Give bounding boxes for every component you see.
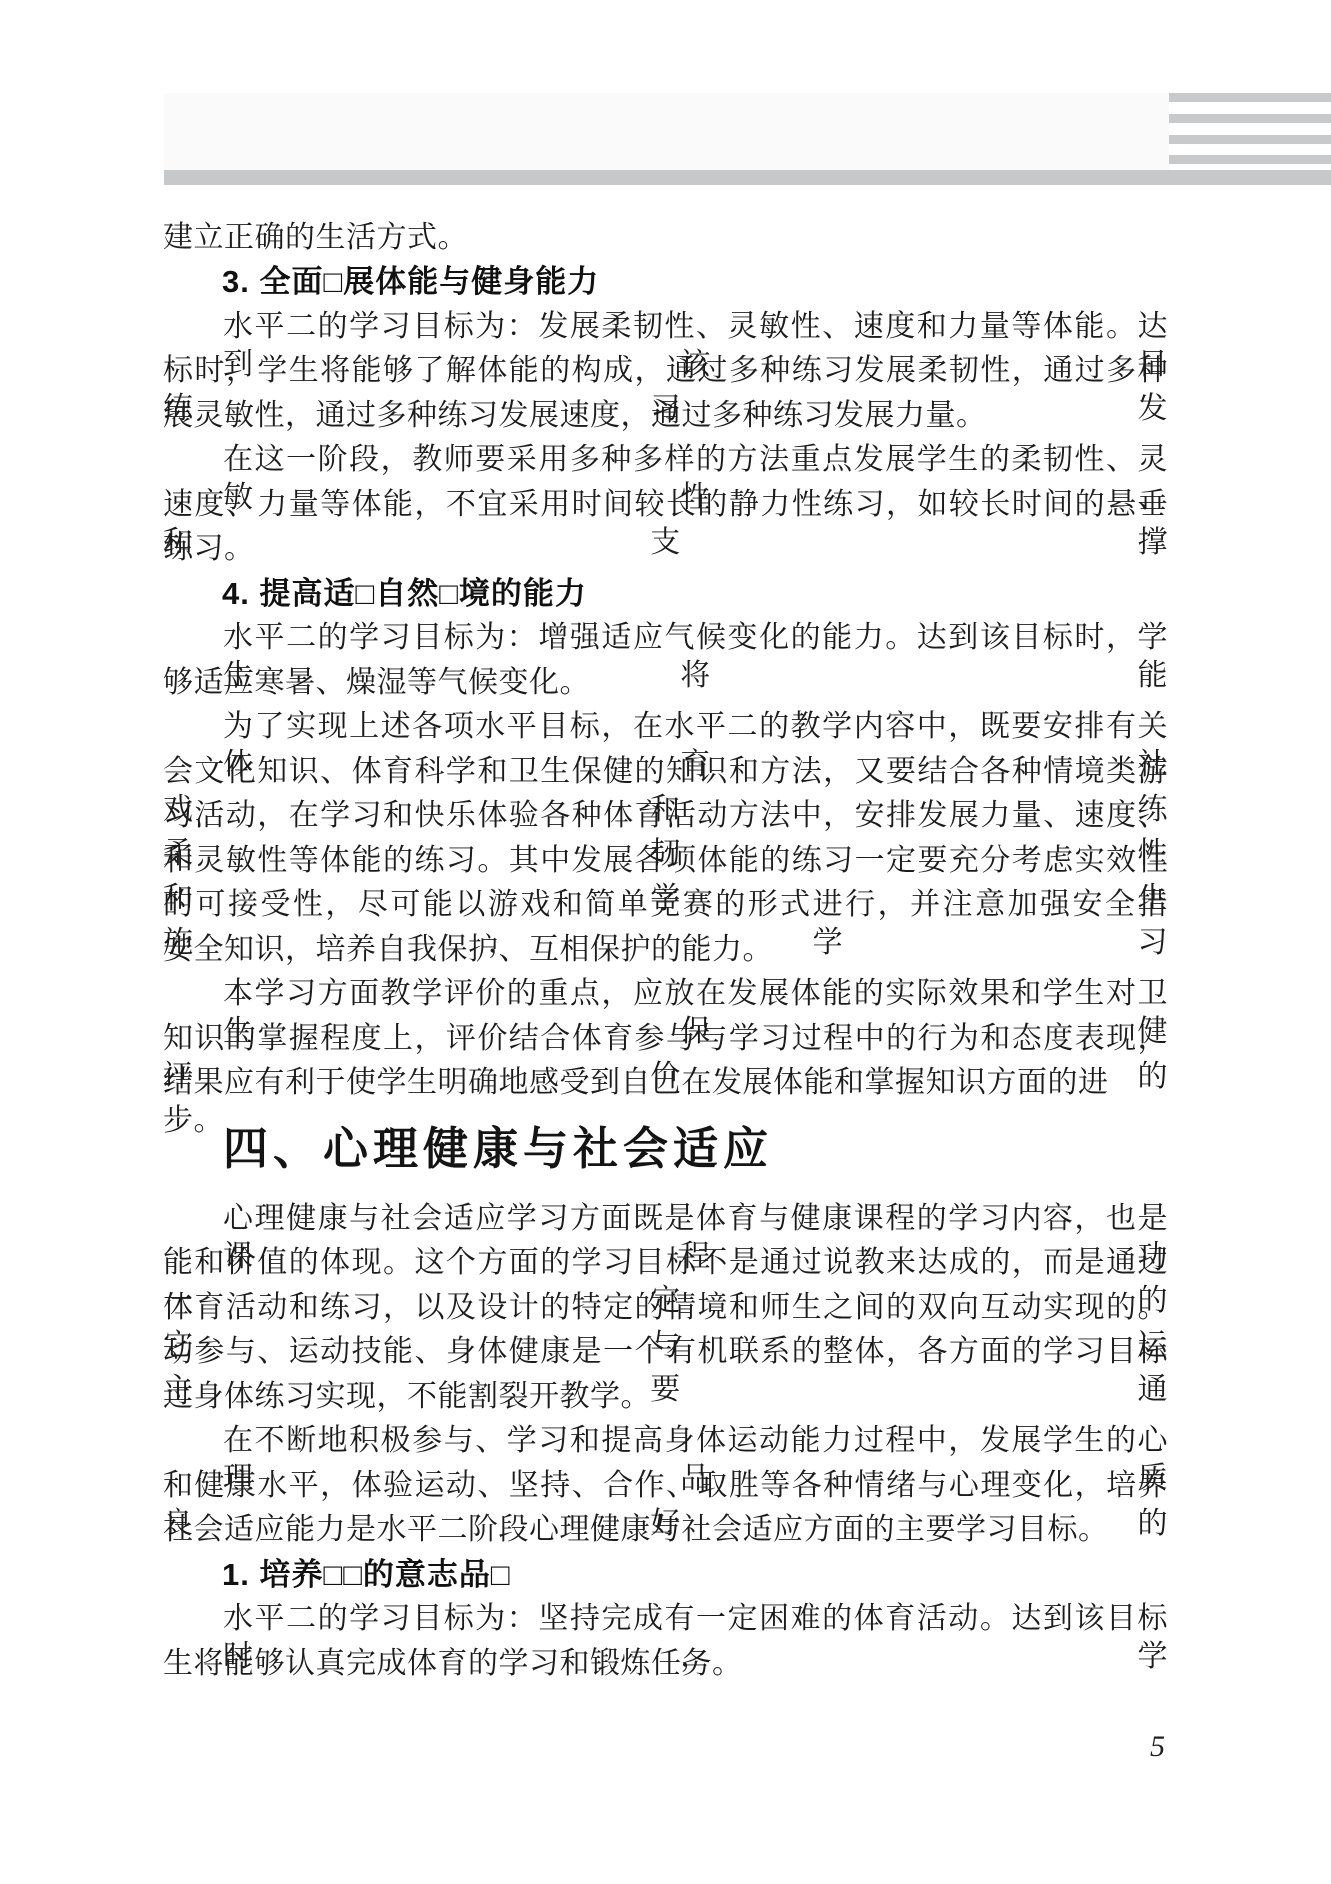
header-stripe: [1169, 155, 1331, 164]
text-line: 水平二的学习目标为：增强适应气候变化的能力。达到该目标时，学生将能: [163, 619, 1168, 661]
text-line: 安全知识，培养自我保护、互相保护的能力。: [163, 931, 1168, 973]
text-line: 在这一阶段，教师要采用多种多样的方法重点发展学生的柔韧性、灵敏性、: [163, 441, 1168, 483]
text-line: 会文化知识、体育科学和卫生保健的知识和方法，又要结合各种情境类游戏和练: [163, 753, 1168, 795]
header-stripe: [1169, 114, 1331, 123]
text-line: 能和价值的体现。这个方面的学习目标不是通过说教来达成的，而是通过一定的: [163, 1244, 1168, 1286]
text-line: 建立正确的生活方式。: [163, 219, 1168, 261]
text-line: 速度、力量等体能，不宜采用时间较长的静力性练习，如较长时间的悬垂和支撑: [163, 486, 1168, 528]
text-line: 社会适应能力是水平二阶段心理健康与社会适应方面的主要学习目标。: [163, 1511, 1168, 1553]
text-line: 和灵敏性等体能的练习。其中发展各项体能的练习一定要充分考虑实效性和学生: [163, 842, 1168, 884]
text-line: 在不断地积极参与、学习和提高身体运动能力过程中，发展学生的心理品质: [163, 1422, 1168, 1464]
text-line: 体育活动和练习，以及设计的特定的情境和师生之间的双向互动实现的。它与运: [163, 1289, 1168, 1331]
text-line: 动参与、运动技能、身体健康是一个有机联系的整体，各方面的学习目标主要通: [163, 1333, 1168, 1375]
text-line: 知识的掌握程度上，评价结合体育参与与学习过程中的行为和态度表现，评价的: [163, 1020, 1168, 1062]
text-line: 水平二的学习目标为：发展柔韧性、灵敏性、速度和力量等体能。达到该目: [163, 308, 1168, 350]
text-line: 和健康水平，体验运动、坚持、合作、取胜等各种情绪与心理变化，培养良好的: [163, 1467, 1168, 1509]
text-line: 为了实现上述各项水平目标，在水平二的教学内容中，既要安排有关体育社: [163, 708, 1168, 750]
header-band: [164, 93, 1169, 170]
section-heading: 1. 培养□□的意志品□: [163, 1556, 1168, 1598]
text-line: 心理健康与社会适应学习方面既是体育与健康课程的学习内容，也是课程功: [163, 1200, 1168, 1242]
document-page: 建立正确的生活方式。 3. 全面□展体能与健身能力 水平二的学习目标为：发展柔韧…: [0, 0, 1331, 1884]
section-heading: 4. 提高适□自然□境的能力: [163, 575, 1168, 617]
text-line: 习活动，在学习和快乐体验各种体育活动方法中，安排发展力量、速度、柔韧性: [163, 797, 1168, 839]
text-line: 水平二的学习目标为：坚持完成有一定困难的体育活动。达到该目标时，学: [163, 1600, 1168, 1642]
text-line: 练习。: [163, 530, 1168, 572]
text-line: 标时，学生将能够了解体能的构成，通过多种练习发展柔韧性，通过多种练习发: [163, 352, 1168, 394]
text-line: 本学习方面教学评价的重点，应放在发展体能的实际效果和学生对卫生保健: [163, 975, 1168, 1017]
document-body: 建立正确的生活方式。 3. 全面□展体能与健身能力 水平二的学习目标为：发展柔韧…: [163, 219, 1168, 1719]
header-stripe: [1169, 135, 1331, 144]
text-line: 过身体练习实现，不能割裂开教学。: [163, 1378, 1168, 1420]
chapter-heading: 四、心理健康与社会适应: [163, 1119, 1168, 1189]
section-heading: 3. 全面□展体能与健身能力: [163, 263, 1168, 305]
text-line: 的可接受性，尽可能以游戏和简单竞赛的形式进行，并注意加强安全措施，学习: [163, 886, 1168, 928]
text-line: 生将能够认真完成体育的学习和锻炼任务。: [163, 1645, 1168, 1687]
header-rule: [164, 170, 1331, 185]
text-line: 够适应寒暑、燥湿等气候变化。: [163, 664, 1168, 706]
text-line: 展灵敏性，通过多种练习发展速度，通过多种练习发展力量。: [163, 397, 1168, 439]
header-stripe: [1169, 93, 1331, 102]
page-number: 5: [1150, 1730, 1165, 1764]
text-line: 结果应有利于使学生明确地感受到自己在发展体能和掌握知识方面的进步。: [163, 1064, 1168, 1106]
